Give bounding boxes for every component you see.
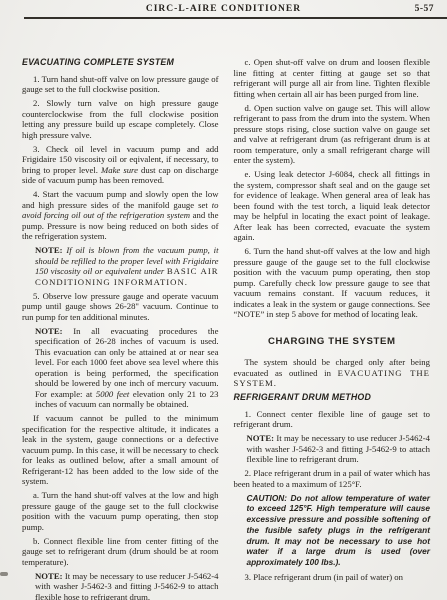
paragraph: 6. Turn the hand shut-off valves at the … [234, 246, 431, 320]
paragraph: a. Turn the hand shut-off valves at the … [22, 490, 219, 532]
text-run: d. Open suction valve on gauge set. This… [234, 103, 431, 166]
text-run: CHARGING THE SYSTEM [268, 336, 396, 347]
paragraph: The system should be charged only after … [234, 357, 431, 389]
text-run-b: NOTE: [35, 326, 73, 336]
note-paragraph: NOTE: In all evacuating procedures the s… [35, 326, 219, 410]
page-body: EVACUATING COMPLETE SYSTEM1. Turn hand s… [22, 57, 430, 600]
text-run-i: 5000 feet [96, 389, 129, 399]
scan-smudge [0, 572, 8, 576]
text-run: 4. Start the vacuum pump and slowly open… [22, 189, 219, 210]
text-run: EVACUATING COMPLETE SYSTEM [22, 57, 174, 67]
note-paragraph: NOTE: It may be necessary to use reducer… [247, 433, 431, 465]
paragraph: 2. Place refrigerant drum in a pail of w… [234, 468, 431, 489]
text-run: CAUTION: Do not allow temperature of wat… [247, 493, 431, 568]
scanned-manual-page: { "colors": { "paper": "#f4f3ef", "ink":… [0, 0, 447, 600]
text-run: If vacuum cannot be pulled to the minimu… [22, 413, 219, 486]
right-column: c. Open shut-off valve on drum and loose… [234, 57, 431, 600]
caution-paragraph: CAUTION: Do not allow temperature of wat… [247, 493, 431, 569]
paragraph: b. Connect flexible line from center fit… [22, 536, 219, 568]
text-run-b: NOTE: [35, 571, 65, 581]
text-run: 3. Place refrigerant drum (in pail of wa… [245, 572, 403, 582]
header-rule [24, 17, 447, 19]
text-run: a. Turn the hand shut-off valves at the … [22, 490, 219, 532]
paragraph: 1. Turn hand shut-off valve on low press… [22, 74, 219, 95]
text-run: 2. Slowly turn valve on high pressure ga… [22, 98, 219, 140]
text-run: c. Open shut-off valve on drum and loose… [234, 57, 431, 99]
text-run: b. Connect flexible line from center fit… [22, 536, 219, 567]
paragraph: d. Open suction valve on gauge set. This… [234, 103, 431, 166]
page-title: CIRC-L-AIRE CONDITIONER [0, 4, 447, 14]
section-heading: REFRIGERANT DRUM METHOD [234, 392, 431, 403]
text-run: 2. Place refrigerant drum in a pail of w… [234, 468, 431, 489]
text-run: e. Using leak detector J-6084, check all… [234, 169, 431, 242]
paragraph: 1. Connect center flexible line of gauge… [234, 409, 431, 430]
text-run: 1. Connect center flexible line of gauge… [234, 409, 431, 430]
text-run: 6. Turn the hand shut-off valves at the … [234, 246, 431, 319]
paragraph: 4. Start the vacuum pump and slowly open… [22, 189, 219, 242]
paragraph: 3. Place refrigerant drum (in pail of wa… [234, 572, 431, 583]
text-run: 5. Observe low pressure gauge and operat… [22, 291, 219, 322]
running-head: CIRC-L-AIRE CONDITIONER 5-57 [0, 4, 447, 18]
paragraph: 2. Slowly turn valve on high pressure ga… [22, 98, 219, 140]
paragraph: If vacuum cannot be pulled to the minimu… [22, 413, 219, 487]
note-paragraph: NOTE: If oil is blown from the vacuum pu… [35, 245, 219, 287]
paragraph: e. Using leak detector J-6084, check all… [234, 169, 431, 243]
paragraph: 5. Observe low pressure gauge and operat… [22, 291, 219, 323]
paragraph: 3. Check oil level in vacuum pump and ad… [22, 144, 219, 186]
note-paragraph: NOTE: It may be necessary to use reducer… [35, 571, 219, 600]
text-run-i: Make sure [101, 165, 138, 175]
text-run: 1. Turn hand shut-off valve on low press… [22, 74, 219, 95]
paragraph: c. Open shut-off valve on drum and loose… [234, 57, 431, 99]
section-heading: EVACUATING COMPLETE SYSTEM [22, 57, 219, 68]
text-run-b: NOTE: [35, 245, 66, 255]
section-heading: CHARGING THE SYSTEM [234, 337, 431, 348]
text-run: REFRIGERANT DRUM METHOD [234, 392, 372, 402]
page-number: 5-57 [415, 4, 434, 14]
text-run-b: NOTE: [247, 433, 277, 443]
left-column: EVACUATING COMPLETE SYSTEM1. Turn hand s… [22, 57, 219, 600]
